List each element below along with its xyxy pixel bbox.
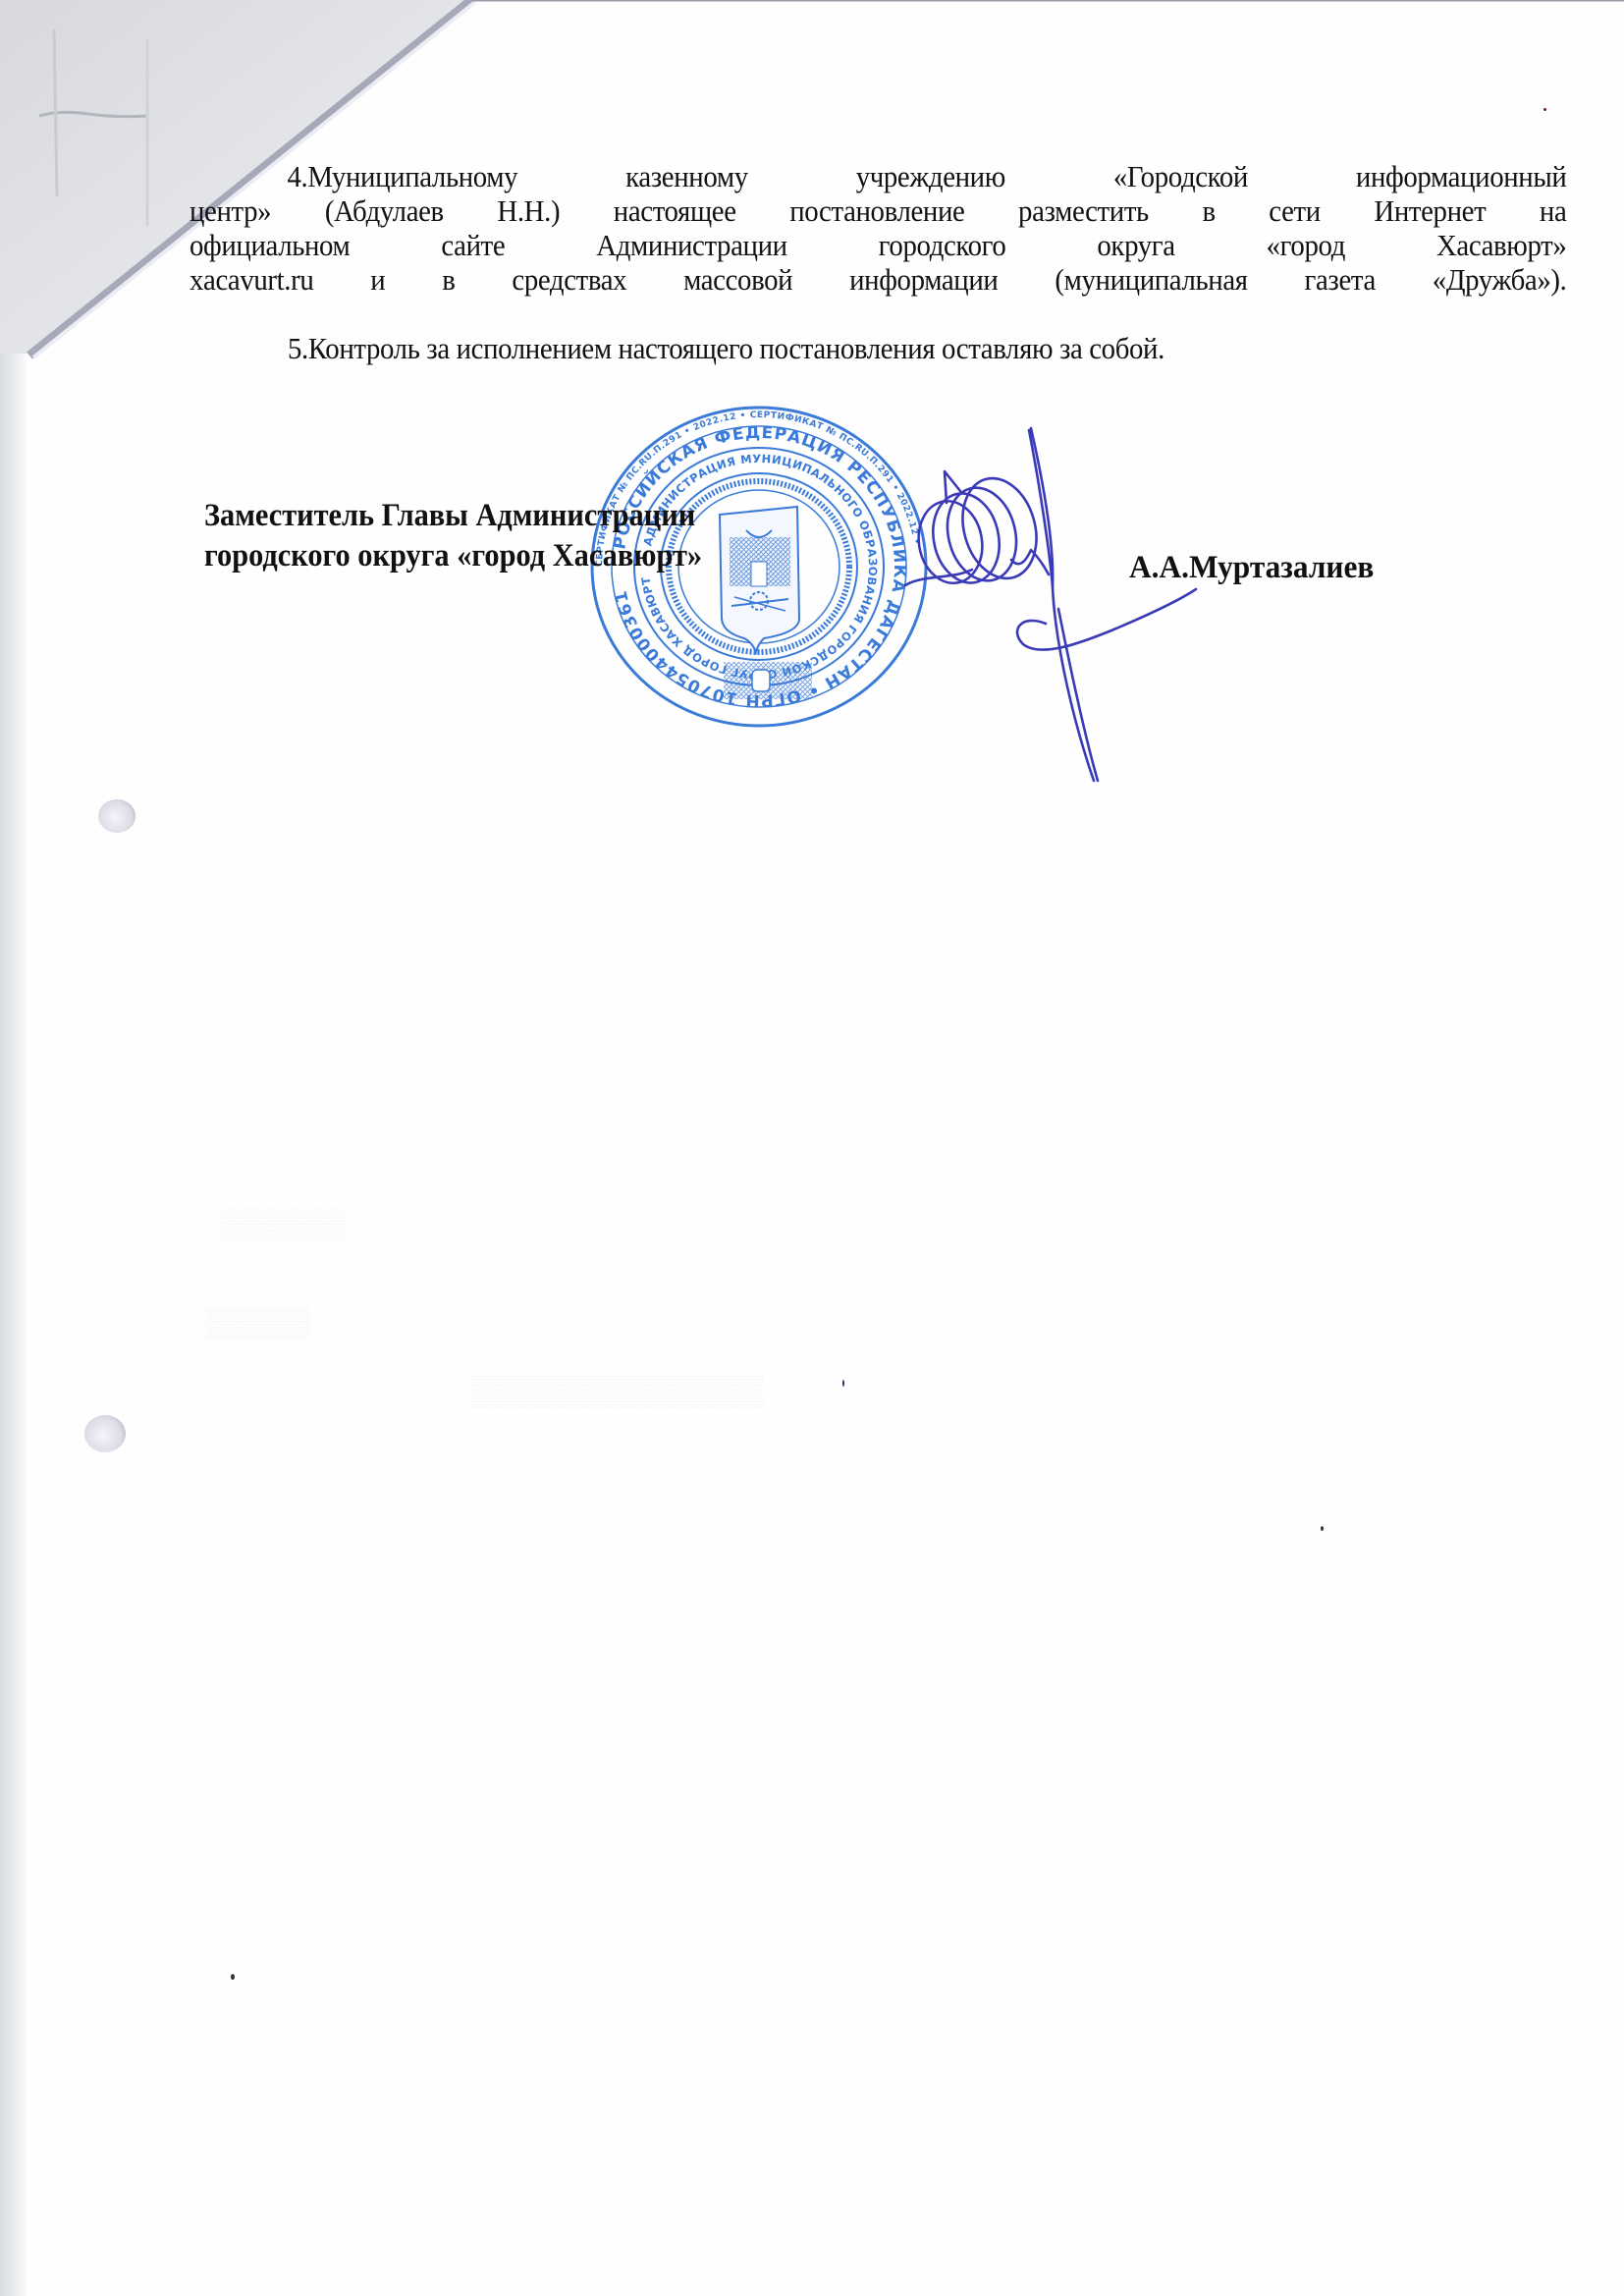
- speck: [1543, 108, 1546, 111]
- signatory-title: Заместитель Главы Администрации городско…: [204, 496, 702, 576]
- document-page: 4.Муниципальному казенному учреждению «Г…: [0, 0, 1624, 2296]
- signatory-title-line-2: городского округа «город Хасавюрт»: [204, 536, 702, 576]
- punch-hole-bottom: [84, 1415, 126, 1452]
- speck: [842, 1380, 844, 1387]
- paragraph-5: 5.Контроль за исполнением настоящего пос…: [288, 331, 1164, 365]
- speck: [1321, 1526, 1324, 1531]
- show-through-smudge: ▒▒▒▒▒: [206, 1306, 310, 1339]
- punch-hole-top: [98, 799, 135, 833]
- paragraph-4: 4.Муниципальному казенному учреждению «Г…: [189, 159, 1566, 297]
- page-left-edge: [0, 354, 27, 2296]
- signatory-title-line-1: Заместитель Главы Администрации: [204, 496, 702, 536]
- speck: [231, 1974, 235, 1980]
- handwritten-signature: [884, 412, 1473, 786]
- paragraph-4-line-2: центр» (Абдулаев Н.Н.) настоящее постано…: [189, 193, 1566, 228]
- paragraph-4-line-3: официальном сайте Администрации городско…: [189, 228, 1566, 262]
- coat-of-arms-icon: [720, 507, 799, 652]
- show-through-smudge: ▒▒▒▒▒▒▒▒▒▒▒▒▒▒: [471, 1375, 764, 1408]
- show-through-smudge: ▒▒▒▒▒▒: [221, 1208, 347, 1241]
- paragraph-4-line-1: 4.Муниципальному казенному учреждению «Г…: [189, 159, 1566, 193]
- paragraph-4-line-4: xacavurt.ru и в средствах массовой инфор…: [189, 262, 1566, 297]
